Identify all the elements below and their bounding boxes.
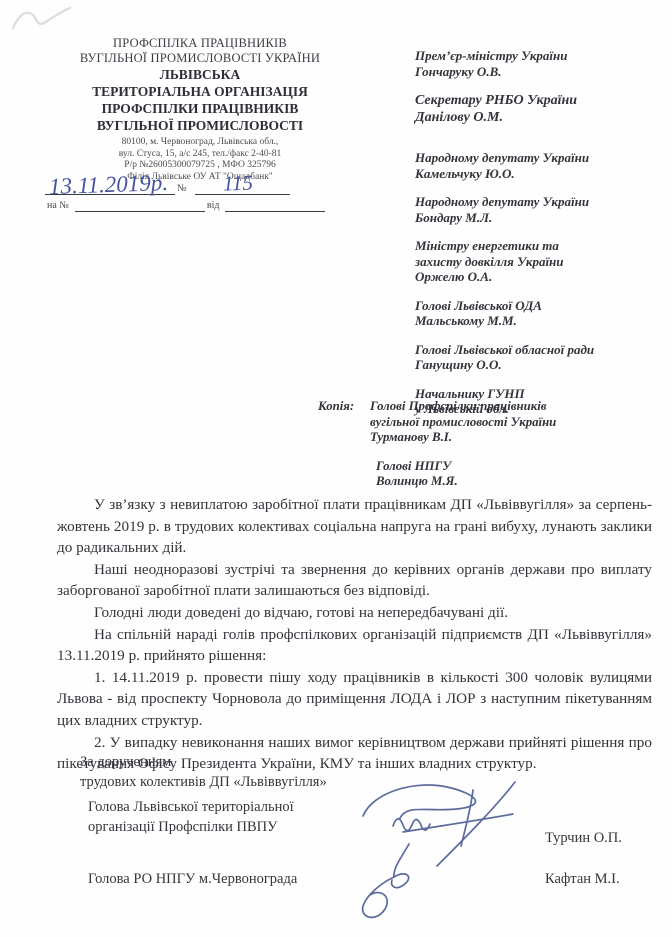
recipient-oblrada-head: Голові Львівської обласної ради Ганущину… — [415, 342, 670, 373]
recipient-oda-head: Голові Львівської ОДА Мальському М.М. — [415, 298, 670, 329]
address-line: вул. Стуса, 15, а/с 245, тел./факс 2-40-… — [50, 149, 350, 161]
recipient-line: Камельчуку Ю.О. — [415, 166, 670, 182]
org-title-line: ПРОФСПІЛКИ ПРАЦІВНИКІВ — [50, 100, 350, 117]
copy-recipient-line: Волинцю М.Я. — [376, 474, 556, 490]
recipient-line: Оржелю О.А. — [415, 269, 670, 285]
recipient-line: Міністру енергетики та — [415, 238, 670, 254]
recipient-line: Мальському М.М. — [415, 313, 670, 329]
from-line — [225, 197, 325, 212]
body-paragraph: У зв’язку з невиплатою заробітної плати … — [57, 494, 652, 559]
from-label: від — [205, 200, 222, 212]
body-paragraph: Голодні люди доведені до відчаю, готові … — [57, 602, 652, 624]
letterhead: ПРОФСПІЛКА ПРАЦІВНИКІВ ВУГІЛЬНОЇ ПРОМИСЛ… — [50, 36, 350, 183]
copy-recipient-line: Голові НПГУ — [376, 459, 556, 475]
closing-line: трудових колективів ДП «Львіввугілля» — [80, 772, 327, 792]
org-title-line: ТЕРИТОРІАЛЬНА ОРГАНІЗАЦІЯ — [50, 83, 350, 100]
scanned-letter-page: ПРОФСПІЛКА ПРАЦІВНИКІВ ВУГІЛЬНОЇ ПРОМИСЛ… — [0, 0, 672, 937]
copy-recipient-line: вугільної промисловості України — [370, 415, 556, 431]
recipient-line: захисту довкілля України — [415, 254, 670, 270]
signer-title-line: Голова Львівської територіальної — [88, 797, 294, 817]
org-title-line: ЛЬВІВСЬКА — [50, 66, 350, 83]
recipient-line: Голові Львівської обласної ради — [415, 342, 670, 358]
handwritten-number: 115 — [222, 170, 253, 196]
copy-label: Копія: — [318, 399, 370, 490]
signer-title-line: організації Профспілки ПВПУ — [88, 817, 294, 837]
closing-block: За дорученням трудових колективів ДП «Ль… — [80, 752, 327, 792]
recipient-line: Голові Львівської ОДА — [415, 298, 670, 314]
recipient-line: Прем’єр-міністру України — [415, 48, 670, 64]
recipient-line: Секретару РНБО України — [415, 92, 670, 109]
recipient-line: Народному депутату України — [415, 150, 670, 166]
handwritten-signatures — [345, 778, 560, 928]
reference-block: 13.11.2019р. № 115 на № від — [45, 164, 350, 212]
number-label: № — [175, 183, 189, 195]
number-line: 115 — [195, 164, 290, 195]
date-number-row: 13.11.2019р. № 115 — [45, 164, 350, 195]
copy-block: Копія: Голові Профспілки працівників вуг… — [318, 399, 663, 490]
address-line: 80100, м. Червоноград, Львівська обл., — [50, 137, 350, 149]
signer-title-turchyn: Голова Львівської територіальної організ… — [88, 797, 294, 837]
body-paragraph: Наші неодноразові зустрічі та звернення … — [57, 559, 652, 602]
recipient-premier: Прем’єр-міністру України Гончаруку О.В. — [415, 48, 670, 79]
incoming-label: на № — [45, 200, 71, 212]
recipient-line: Ганущину О.О. — [415, 357, 670, 373]
signer-title-kaftan: Голова РО НПГУ м.Червонограда — [88, 871, 297, 888]
recipient-line: Гончаруку О.В. — [415, 64, 670, 80]
copy-recipient-line: Турманову В.І. — [370, 430, 556, 446]
handwritten-date: 13.11.2019р. — [49, 170, 169, 200]
pencil-check-mark — [8, 2, 82, 36]
recipient-rnbo: Секретару РНБО України Данілову О.М. — [415, 92, 670, 126]
recipient-deputy-bondar: Народному депутату України Бондару М.Л. — [415, 194, 670, 225]
recipient-deputy-kamelchuk: Народному депутату України Камельчуку Ю.… — [415, 150, 670, 181]
body-paragraph: На спільній нараді голів профспілкових о… — [57, 624, 652, 667]
closing-line: За дорученням — [80, 752, 327, 772]
incoming-row: на № від — [45, 197, 350, 212]
recipient-line: Бондару М.Л. — [415, 210, 670, 226]
org-name-line: ВУГІЛЬНОЇ ПРОМИСЛОВОСТІ УКРАЇНИ — [50, 51, 350, 66]
recipient-minister-energy: Міністру енергетики та захисту довкілля … — [415, 238, 670, 285]
incoming-line — [75, 197, 205, 212]
recipient-line: Народному депутату України — [415, 194, 670, 210]
org-title-line: ВУГІЛЬНОЇ ПРОМИСЛОВОСТІ — [50, 117, 350, 134]
recipients-column: Прем’єр-міністру України Гончаруку О.В. … — [415, 48, 670, 430]
copy-recipients: Голові Профспілки працівників вугільної … — [370, 399, 556, 490]
letter-body: У зв’язку з невиплатою заробітної плати … — [57, 494, 652, 775]
org-name-line: ПРОФСПІЛКА ПРАЦІВНИКІВ — [50, 36, 350, 51]
date-line: 13.11.2019р. — [45, 164, 175, 195]
body-paragraph: 1. 14.11.2019 р. провести пішу ходу прац… — [57, 667, 652, 732]
recipient-line: Данілову О.М. — [415, 109, 670, 126]
copy-recipient-second: Голові НПГУ Волинцю М.Я. — [376, 459, 556, 490]
copy-recipient-line: Голові Профспілки працівників — [370, 399, 556, 415]
